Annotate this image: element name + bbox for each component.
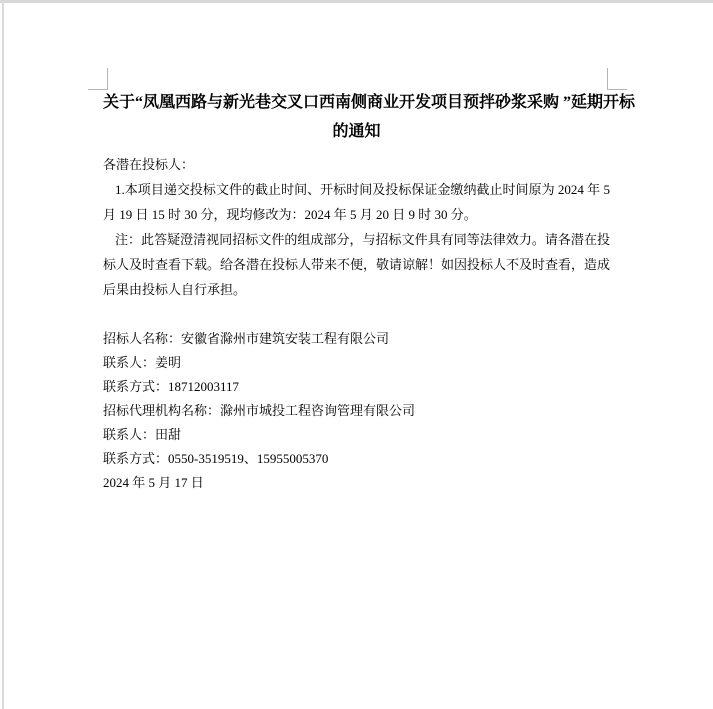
date-line: 2024 年 5 月 17 日 [103, 471, 610, 495]
paragraph-deadline-change: 1.本项目递交投标文件的截止时间、开标时间及投标保证金缴纳截止时间原为 2024… [103, 177, 610, 227]
agency-contact-phone-line: 联系方式：0550-3519519、15955005370 [103, 447, 610, 471]
notice-title-line-1: 关于“凤凰西路与新光巷交叉口西南侧商业开发项目预拌砂浆采购 ”延期开标 [103, 88, 610, 117]
agency-contact-person-line: 联系人：田甜 [103, 423, 610, 447]
agency-name-line: 招标代理机构名称：滁州市城投工程咨询管理有限公司 [103, 399, 610, 423]
notice-title-line-2: 的通知 [103, 117, 610, 146]
salutation: 各潜在投标人： [103, 152, 610, 177]
text-boundary-mark-top-right [607, 68, 627, 90]
page-left-edge [2, 0, 4, 709]
notice-title: 关于“凤凰西路与新光巷交叉口西南侧商业开发项目预拌砂浆采购 ”延期开标 的通知 [103, 0, 610, 146]
tenderer-name-line: 招标人名称：安徽省滁州市建筑安装工程有限公司 [103, 327, 610, 351]
document-content: 关于“凤凰西路与新光巷交叉口西南侧商业开发项目预拌砂浆采购 ”延期开标 的通知 … [103, 0, 610, 495]
tenderer-contact-phone-line: 联系方式：18712003117 [103, 375, 610, 399]
contact-info-block: 招标人名称：安徽省滁州市建筑安装工程有限公司 联系人：姜明 联系方式：18712… [103, 327, 610, 495]
tenderer-contact-person-line: 联系人：姜明 [103, 351, 610, 375]
document-page: 关于“凤凰西路与新光巷交叉口西南侧商业开发项目预拌砂浆采购 ”延期开标 的通知 … [0, 0, 713, 709]
paragraph-note: 注：此答疑澄清视同招标文件的组成部分，与招标文件具有同等法律效力。请各潜在投标人… [103, 227, 610, 302]
